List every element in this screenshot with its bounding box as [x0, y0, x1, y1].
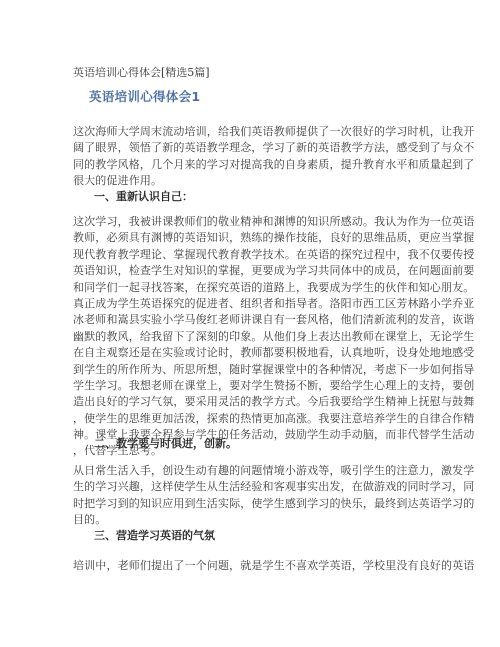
paragraph-line: 幽默的教风，给我留下了深刻的印象。从他们身上表达出教师在课堂上，无论学生 [73, 329, 433, 345]
paragraph-line: 很大的促进作用。 [73, 173, 433, 189]
paragraph-line: ，使学生的思维更加活泼，探索的热情更加高涨。我要注意培养学生的自律合作精 [73, 411, 433, 427]
paragraph-line: 目的。 [73, 512, 433, 528]
section-3-paragraph: 培训中，老师们提出了一个问题，就是学生不喜欢学英语，学校里没有良好的英语 [73, 558, 433, 574]
paragraph-line: 造出良好的学习气氛，要采用灵活的教学方式。今后我要给学生精神上抚慰与鼓舞 [73, 394, 433, 410]
document-page: 英语培训心得体会[精选5篇] 英语培训心得体会1 这次海师大学周末流动培训，给我… [0, 0, 500, 647]
section-heading-1: 一、重新认识自己： [94, 190, 193, 204]
section-1-paragraph: 这次学习，我被讲课教师们的敬业精神和渊博的知识所感动。我认为作为一位英语 教师，… [73, 214, 433, 460]
paragraph-line: 和同学们一起寻找答案，在探究英语的道路上，我要成为学生的伙伴和知心朋友。 [73, 280, 433, 296]
paragraph-line: 阔了眼界，领悟了新的英语教学理念，学习了新的英语教学方法，感受到了与众不 [73, 140, 433, 156]
article-title: 英语培训心得体会1 [89, 89, 200, 105]
paragraph-line: 教师，必须具有渊博的英语知识，熟练的操作技能，良好的思维品质，更应当掌握 [73, 230, 433, 246]
paragraph-line: 这次海师大学周末流动培训，给我们英语教师提供了一次很好的学习时机，让我开 [73, 124, 433, 140]
paragraph-line: 到学生的所作所为、所思所想，随时掌握课堂中的各种情况，考虑下一步如何指导 [73, 362, 433, 378]
paragraph-line: 学生学习。我想老师在课堂上，要对学生赞扬不断，要给学生心理上的支持，要创 [73, 378, 433, 394]
paragraph-line: 生的学习兴趣，这样使学生从生活经验和客观事实出发，在做游戏的同时学习，同 [73, 479, 433, 495]
paragraph-line: 在自主观察还是在实验或讨论时，教师都要积极地看，认真地听，设身处地地感受 [73, 345, 433, 361]
paragraph-line: 从日常生活入手，创设生动有趣的问题情境小游戏等，吸引学生的注意力，激发学 [73, 463, 433, 479]
paragraph-line: 时把学习到的知识应用到生活实际，使学生感到学习的快乐，最终到达英语学习的 [73, 496, 433, 512]
paragraph-line: 现代教育教学理论、掌握现代教育教学技术。在英语的探究过程中，我不仅要传授 [73, 247, 433, 263]
paragraph-line: 同的教学风格，几个月来的学习对提高我的自身素质，提升教育水平和质量起到了 [73, 157, 433, 173]
paragraph-line: 培训中，老师们提出了一个问题，就是学生不喜欢学英语，学校里没有良好的英语 [73, 558, 433, 574]
paragraph-line: 英语知识，检查学生对知识的掌握，更要成为学习共同体中的成员，在问题面前要 [73, 263, 433, 279]
section-heading-3: 三、营造学习英语的气氛 [94, 529, 215, 543]
intro-paragraph: 这次海师大学周末流动培训，给我们英语教师提供了一次很好的学习时机，让我开 阔了眼… [73, 124, 433, 190]
paragraph-line: 这次学习，我被讲课教师们的敬业精神和渊博的知识所感动。我认为作为一位英语 [73, 214, 433, 230]
section-2-paragraph: 从日常生活入手，创设生动有趣的问题情境小游戏等，吸引学生的注意力，激发学 生的学… [73, 463, 433, 529]
paragraph-line: 真正成为学生英语探究的促进者、组织者和指导者。洛阳市西工区芳林路小学乔亚 [73, 296, 433, 312]
document-title: 英语培训心得体会[精选5篇] [73, 66, 210, 80]
paragraph-line: 冰老师和嵩县实验小学马俊红老师讲课自有一套风格，他们清新流利的发音，诙谐 [73, 312, 433, 328]
section-heading-2: 二、教学要与时俱进，创新。 [94, 437, 237, 451]
